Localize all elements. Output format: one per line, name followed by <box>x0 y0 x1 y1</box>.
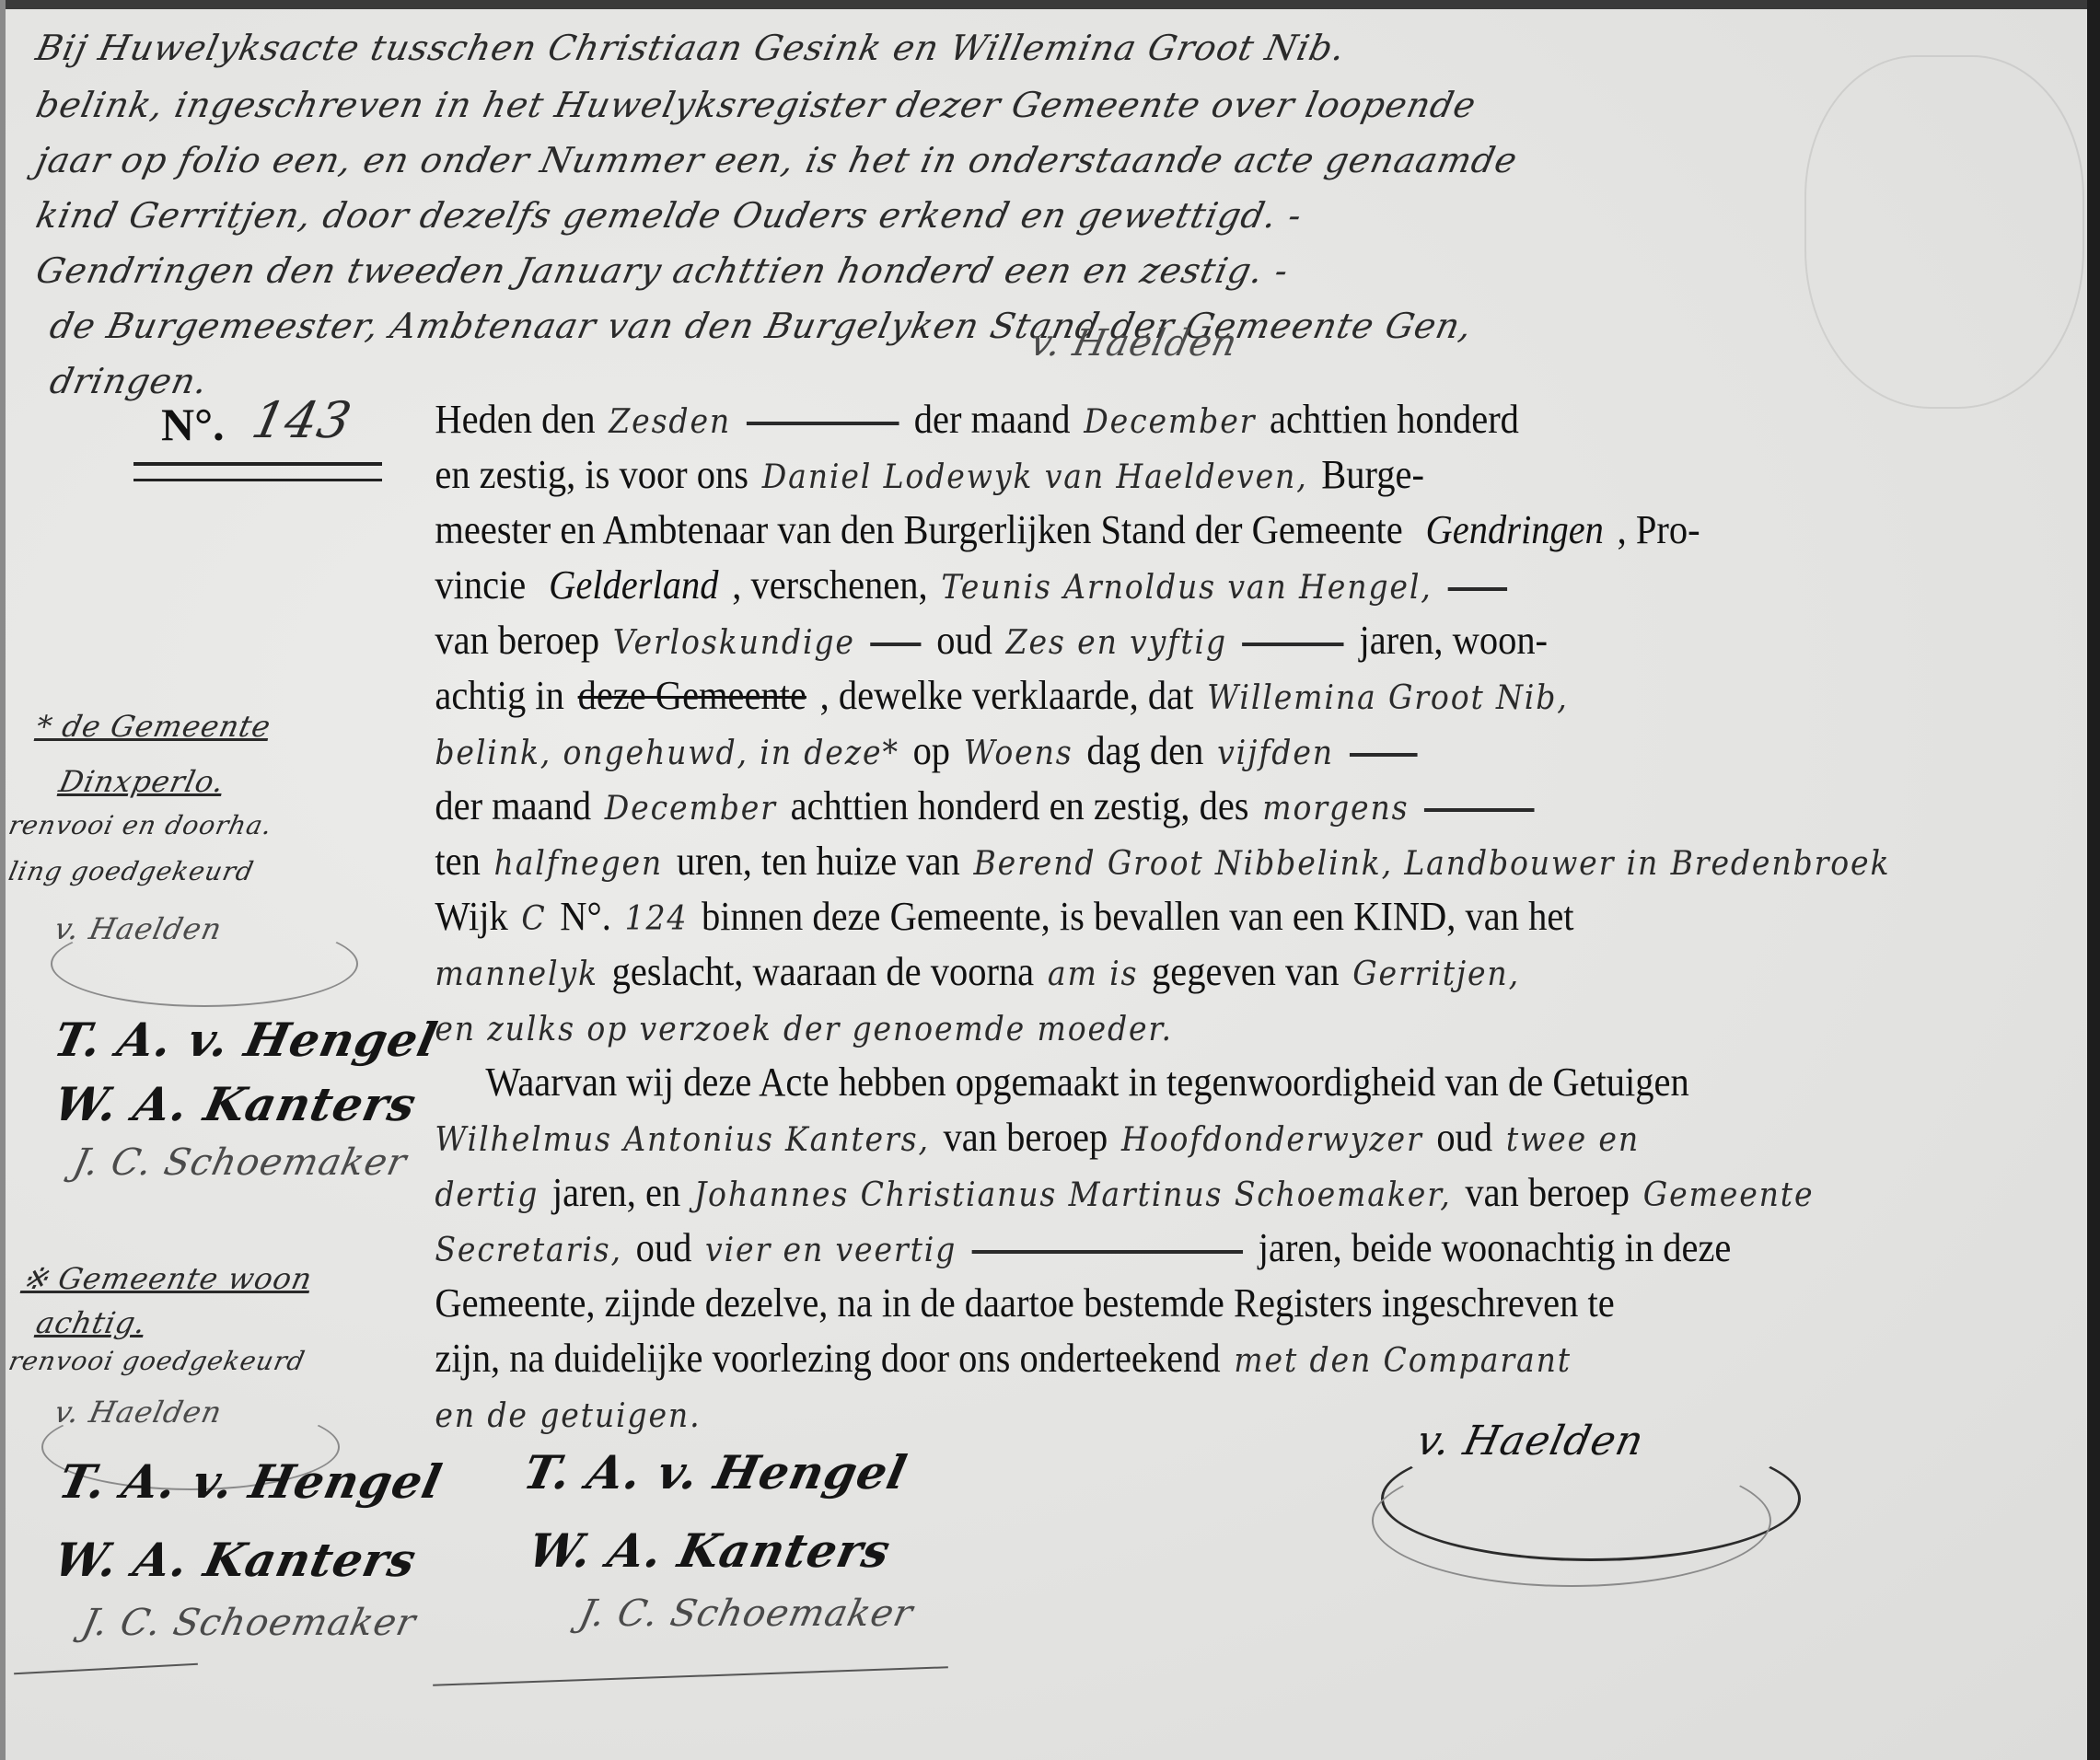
printed-text: zijn, na duidelijke voorlezing door ons … <box>435 1336 1220 1381</box>
handwritten-entry: Daniel Lodewyk van Haeldeven, <box>762 458 1308 496</box>
printed-text: , verschenen, <box>732 562 927 608</box>
annotation-line: de Burgemeester, Ambtenaar van den Burge… <box>46 306 1476 346</box>
handwritten-entry: December <box>1084 403 1256 441</box>
handwritten-entry: Hoofdonderwyzer <box>1121 1121 1423 1159</box>
printed-text: , dewelke verklaarde, dat <box>820 673 1194 718</box>
signature-kanters: W. A. Kanters <box>50 1077 422 1131</box>
record-number-rule <box>133 462 382 481</box>
record-number-label: N°. <box>161 398 225 451</box>
scan-right-edge <box>2087 0 2100 1760</box>
handwritten-entry: vijfden <box>1217 735 1334 772</box>
signature-kanters: W. A. Kanters <box>524 1523 896 1578</box>
handwritten-entry: Gerritjen, <box>1352 955 1520 993</box>
annotation-signature: v. Haelden <box>1027 322 1241 365</box>
handwritten-entry: Woens <box>964 735 1073 772</box>
annotation-line: dringen. <box>46 361 212 401</box>
handwritten-entry: belink, ongehuwd, in deze* <box>435 735 899 772</box>
printed-italic-text: Gendringen <box>1426 507 1604 552</box>
record-line: mannelykgeslacht, waaraan de voornaam is… <box>428 948 1526 995</box>
printed-text: der maand <box>435 783 591 828</box>
printed-text: achttien honderd en zestig, des <box>791 783 1249 828</box>
struck-text: deze Gemeente <box>578 673 806 718</box>
printed-text: oud <box>1436 1115 1492 1160</box>
handwritten-entry: vier en veertig <box>705 1232 957 1269</box>
scanned-document-page: Bij Huwelyksacte tusschen Christiaan Ges… <box>0 0 2100 1760</box>
record-line: belink, ongehuwd, in deze*opWoensdag den… <box>428 727 1425 774</box>
handwritten-entry: Verloskundige <box>613 624 855 662</box>
margin-note-line: ling goedgekeurd <box>6 856 256 886</box>
signature-hengel: T. A. v. Hengel <box>54 1454 447 1509</box>
annotation-line: belink, ingeschreven in het Huwelyksregi… <box>32 85 1479 125</box>
signature-flourish <box>51 921 358 1007</box>
annotation-line: Bij Huwelyksacte tusschen Christiaan Ges… <box>32 28 1349 68</box>
handwritten-entry: mannelyk <box>435 955 598 993</box>
record-line: Secretaris,oudvier en veertigjaren, beid… <box>428 1224 1738 1271</box>
record-line: achtig indeze Gemeente, dewelke verklaar… <box>428 672 1575 719</box>
margin-note-line: * de Gemeente <box>33 709 274 744</box>
fill-dash <box>870 643 921 646</box>
record-line: WijkCN°.124binnen deze Gemeente, is beva… <box>428 893 1581 940</box>
printed-text: ten <box>435 839 480 884</box>
record-line: meester en Ambtenaar van den Burgerlijke… <box>428 506 1707 553</box>
fill-dash <box>1447 587 1506 591</box>
record-line: van beroepVerloskundigeoudZes en vyftigj… <box>428 617 1554 664</box>
record-line: en zestig, is voor onsDaniel Lodewyk van… <box>428 451 1431 498</box>
printed-text: der maand <box>914 397 1071 442</box>
signature-hengel: T. A. v. Hengel <box>519 1445 912 1499</box>
handwritten-entry: am is <box>1048 955 1138 993</box>
margin-note-line: achtig. <box>33 1305 149 1340</box>
signature-flourish <box>1372 1454 1771 1587</box>
printed-text: achtig in <box>435 673 564 718</box>
signature-schoemaker: J. C. Schoemaker <box>69 1141 411 1184</box>
margin-note-line: ※ Gemeente woon <box>19 1261 316 1296</box>
printed-text: dag den <box>1086 728 1203 773</box>
printed-text: , Pro- <box>1618 507 1700 552</box>
margin-note-line: renvooi en doorha. <box>6 810 275 840</box>
handwritten-entry: Teunis Arnoldus van Hengel, <box>941 569 1432 607</box>
fill-dash <box>972 1250 1243 1254</box>
record-line: vincie Gelderland, verschenen,Teunis Arn… <box>428 562 1515 608</box>
printed-text: achttien honderd <box>1270 397 1519 442</box>
record-line: dertigjaren, enJohannes Christianus Mart… <box>428 1169 1821 1216</box>
record-number: 143 <box>247 391 356 449</box>
printed-text: binnen deze Gemeente, is bevallen van ee… <box>702 894 1574 939</box>
record-line: en zulks op verzoek der genoemde moeder. <box>428 1003 1179 1050</box>
handwritten-entry: Secretaris, <box>435 1232 622 1269</box>
handwritten-entry: Willemina Groot Nib, <box>1207 679 1569 717</box>
printed-italic-text: Gelderland <box>549 562 718 608</box>
signature-schoemaker: J. C. Schoemaker <box>575 1592 917 1635</box>
signature-underline <box>433 1666 948 1686</box>
printed-text: uren, ten huize van <box>677 839 960 884</box>
printed-text: oud <box>636 1225 692 1270</box>
printed-text: oud <box>936 618 992 663</box>
record-line: en de getuigen. <box>428 1390 708 1437</box>
handwritten-entry: twee en <box>1506 1121 1640 1159</box>
printed-text: en zestig, is voor ons <box>435 452 748 497</box>
printed-text: gegeven van <box>1152 949 1339 994</box>
annotation-line: jaar op folio een, en onder Nummer een, … <box>32 140 1521 180</box>
printed-text: Wijk <box>435 894 507 939</box>
printed-text: van beroep <box>944 1115 1108 1160</box>
annotation-line: kind Gerritjen, door dezelfs gemelde Oud… <box>32 195 1305 236</box>
printed-text: jaren, en <box>552 1170 680 1215</box>
record-line: Gemeente, zijnde dezelve, na in de daart… <box>428 1279 1621 1326</box>
fill-dash <box>1350 753 1418 757</box>
printed-text: Gemeente, zijnde dezelve, na in de daart… <box>435 1280 1614 1326</box>
margin-note-line: Dinxperlo. <box>56 764 227 799</box>
printed-text: van beroep <box>435 618 599 663</box>
handwritten-entry: Zesden <box>609 403 731 441</box>
handwritten-entry: Gemeente <box>1643 1176 1815 1214</box>
handwritten-entry: morgens <box>1262 790 1409 828</box>
scan-left-edge <box>0 0 6 1760</box>
fill-dash <box>747 422 899 425</box>
printed-text: vincie <box>435 562 535 608</box>
handwritten-entry: en de getuigen. <box>435 1397 701 1435</box>
scan-top-edge <box>0 0 2100 9</box>
handwritten-entry: 124 <box>625 900 689 938</box>
handwritten-entry: met den Comparant <box>1234 1342 1572 1380</box>
handwritten-entry: halfnegen <box>494 845 664 883</box>
handwritten-entry: C <box>521 900 546 938</box>
handwritten-entry: Zes en vyftig <box>1006 624 1227 662</box>
handwritten-entry: Johannes Christianus Martinus Schoemaker… <box>694 1176 1452 1214</box>
record-line: tenhalfnegenuren, ten huize vanBerend Gr… <box>428 838 1897 885</box>
printed-text: Burge- <box>1321 452 1424 497</box>
signature-underline <box>14 1663 198 1674</box>
handwritten-entry: December <box>605 790 777 828</box>
record-line: der maandDecemberachttien honderd en zes… <box>428 782 1543 829</box>
fill-dash <box>1243 643 1344 646</box>
handwritten-entry: dertig <box>435 1176 539 1214</box>
printed-text: meester en Ambtenaar van den Burgerlijke… <box>435 507 1411 552</box>
fill-dash <box>1424 808 1535 812</box>
printed-text: jaren, woon- <box>1359 618 1548 663</box>
record-line: Heden denZesdender maandDecemberachttien… <box>428 396 1526 443</box>
handwritten-entry: en zulks op verzoek der genoemde moeder. <box>435 1011 1172 1048</box>
printed-text: Heden den <box>435 397 595 442</box>
printed-text: van beroep <box>1465 1170 1630 1215</box>
annotation-line: Gendringen den tweeden January achttien … <box>32 250 1293 291</box>
margin-note-line: renvooi goedgekeurd <box>6 1346 307 1376</box>
record-line: Wilhelmus Antonius Kanters,van beroepHoo… <box>428 1114 1646 1161</box>
signature-kanters: W. A. Kanters <box>50 1533 422 1587</box>
faint-seal-stamp <box>1804 55 2084 409</box>
printed-text: op <box>913 728 950 773</box>
printed-text: N°. <box>560 894 611 939</box>
printed-text: jaren, beide woonachtig in deze <box>1259 1225 1732 1270</box>
signature-schoemaker: J. C. Schoemaker <box>78 1602 420 1644</box>
record-line: zijn, na duidelijke voorlezing door ons … <box>428 1335 1578 1382</box>
printed-text: geslacht, waaraan de voorna <box>612 949 1035 994</box>
printed-text: Waarvan wij deze Acte hebben opgemaakt i… <box>485 1059 1688 1105</box>
handwritten-entry: Wilhelmus Antonius Kanters, <box>435 1121 929 1159</box>
signature-hengel: T. A. v. Hengel <box>50 1013 443 1067</box>
record-line: Waarvan wij deze Acte hebben opgemaakt i… <box>479 1059 1696 1106</box>
handwritten-entry: Berend Groot Nibbelink, Landbouwer in Br… <box>974 845 1891 883</box>
